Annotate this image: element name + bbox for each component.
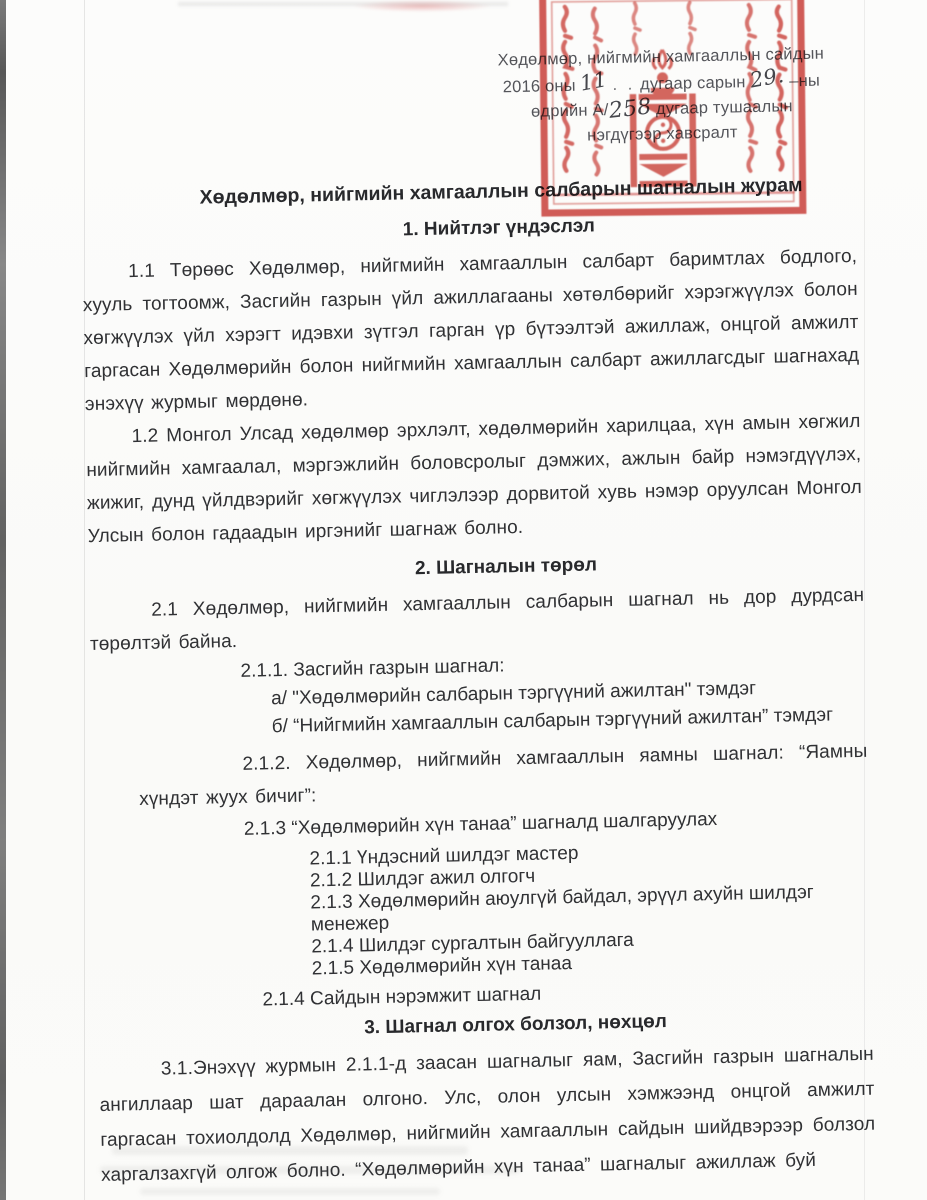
annotation-text: –ны — [789, 71, 820, 90]
annotation-text: 2016 оны — [503, 76, 576, 96]
annotation-text: дугаар сарын — [640, 73, 746, 93]
handwritten-day: 29. — [748, 62, 786, 92]
annotation-text: дугаар тушаалын — [656, 97, 793, 118]
document-title: Хөдөлмөр, нийгмийн хамгааллын салбарын ш… — [113, 170, 888, 213]
document-content: Хөдөлмөр, нийгмийн хамгааллын сайдын 201… — [0, 0, 927, 1195]
handwritten-month: 11 — [578, 67, 609, 96]
annotation-text: өдрийн А/ — [531, 101, 609, 121]
dotted-blank: . . — [612, 75, 635, 93]
paragraph-3-1: 3.1.Энэхүү журмын 2.1.1-д заасан шагналы… — [99, 1037, 877, 1193]
approval-annotation: Хөдөлмөр, нийгмийн хамгааллын сайдын 201… — [475, 41, 849, 150]
clause-2-1-2: 2.1.2. Хөдөлмөр, нийгмийн хамгааллын яам… — [138, 735, 868, 816]
scanned-document-page: Хөдөлмөр, нийгмийн хамгааллын сайдын 201… — [0, 0, 927, 1200]
paragraph-1-2: 1.2 Монгол Улсад хөдөлмөр эрхлэлт, хөдөл… — [85, 405, 863, 553]
handwritten-order-number: 258 — [607, 95, 652, 124]
paragraph-1-1: 1.1 Төрөөс Хөдөлмөр, нийгмийн хамгааллын… — [82, 240, 860, 421]
document-body: Хөдөлмөр, нийгмийн хамгааллын сайдын 201… — [0, 39, 927, 1194]
award-sublist: 2.1.1 Үндэсний шилдэг мастер 2.1.2 Шилдэ… — [309, 837, 872, 981]
